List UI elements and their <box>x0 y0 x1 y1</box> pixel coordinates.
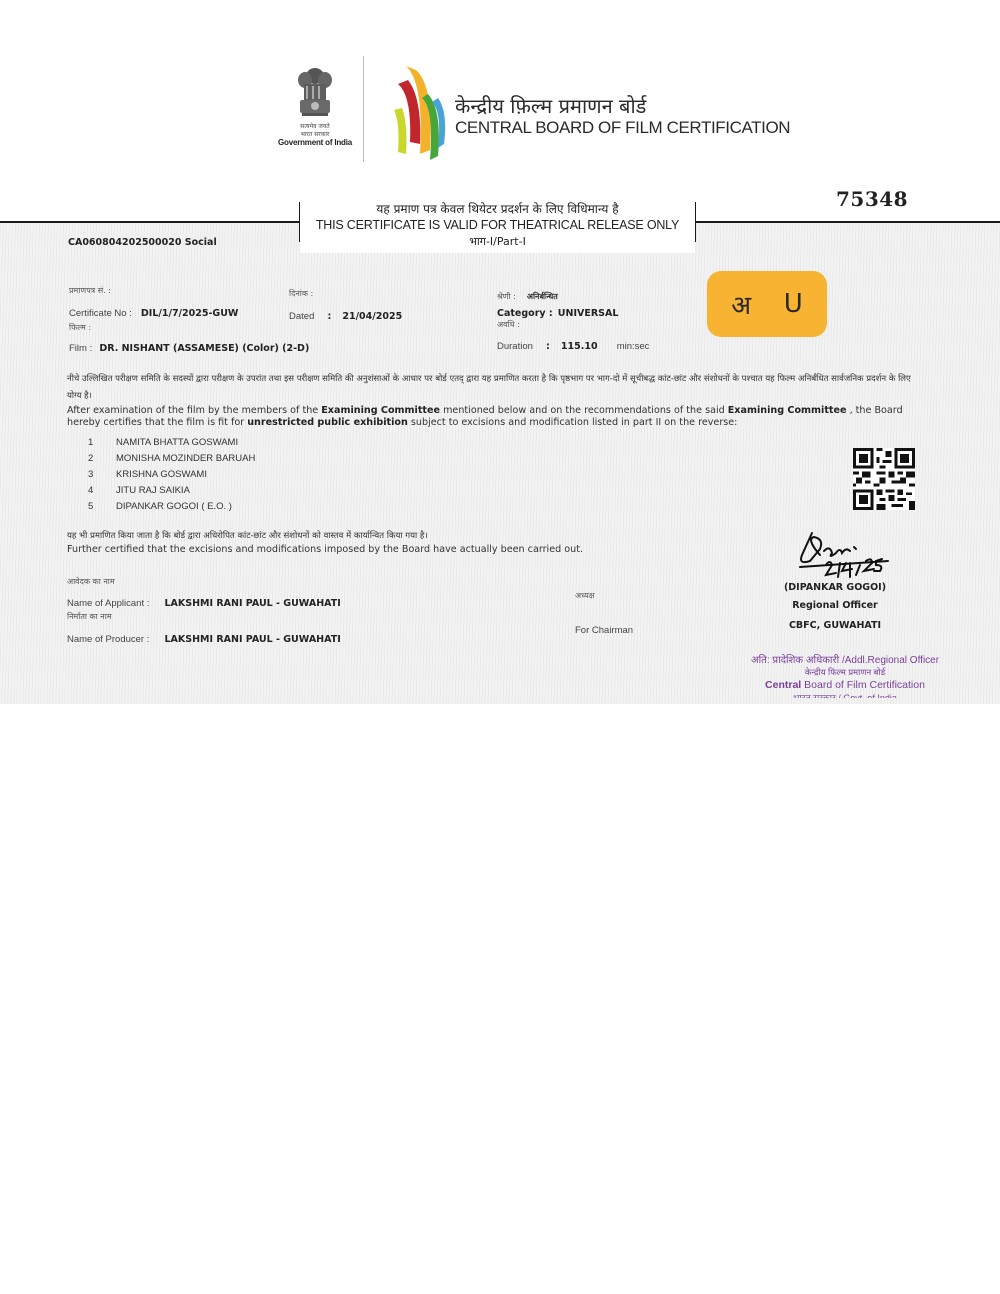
date-value: 21/04/2025 <box>342 311 402 322</box>
category-row: Category : UNIVERSAL <box>497 301 618 320</box>
stamp-line-2: केन्द्रीय फिल्म प्रमाणन बोर्ड <box>740 667 950 678</box>
government-of-india-label: Government of India <box>270 138 360 147</box>
member-number: 5 <box>88 501 116 517</box>
film-label: Film : <box>69 343 92 354</box>
validity-english: THIS CERTIFICATE IS VALID FOR THEATRICAL… <box>300 218 695 232</box>
emblem-hindi-label: भारत सरकार <box>270 130 360 138</box>
duration-row: Duration : 115.10 min:sec <box>497 334 649 353</box>
member-number: 3 <box>88 469 116 485</box>
rule-left <box>0 221 300 223</box>
member-number: 4 <box>88 485 116 501</box>
member-name: NAMITA BHATTA GOSWAMI <box>116 437 238 453</box>
part-label: भाग-I/Part-I <box>300 234 695 249</box>
category-hindi: अनिर्बन्धित <box>527 292 558 301</box>
certificate-number: DIL/1/7/2025-GUW <box>141 308 238 319</box>
category-value: UNIVERSAL <box>558 308 619 319</box>
certificate-number-row: Certificate No : DIL/1/7/2025-GUW <box>69 301 238 320</box>
stamp-line-3: Central Board of Film Certification <box>740 679 950 691</box>
emblem-motto: सत्यमेव जयते <box>270 122 360 130</box>
duration-label-hindi: अवधि : <box>497 319 520 330</box>
qr-code-icon <box>852 448 916 510</box>
member-name: DIPANKAR GOGOI ( E.O. ) <box>116 501 232 517</box>
producer-label: Name of Producer : <box>67 634 149 645</box>
applicant-label-hindi: आवेदक का नाम <box>67 576 115 587</box>
chairman-label-hindi: अध्यक्ष <box>575 590 595 601</box>
duration-value: 115.10 <box>561 341 598 352</box>
member-name: KRISHNA GOSWAMI <box>116 469 207 485</box>
reference-code: CA060804202500020 Social <box>68 237 217 248</box>
category-label: Category : <box>497 308 553 319</box>
list-item: 1NAMITA BHATTA GOSWAMI <box>88 437 255 453</box>
list-item: 5DIPANKAR GOGOI ( E.O. ) <box>88 501 255 517</box>
member-name: MONISHA MOZINDER BARUAH <box>116 453 255 469</box>
stamp-line-1: अति: प्रादेशिक अधिकारी /Addl.Regional Of… <box>740 652 950 666</box>
certification-text-hindi: नीचे उल्लिखित परीक्षण समिति के सदस्यों द… <box>67 371 917 405</box>
member-number: 2 <box>88 453 116 469</box>
film-label-hindi: फिल्म : <box>69 322 91 333</box>
cbfc-logo-icon <box>390 62 446 162</box>
date-label: Dated <box>289 311 314 322</box>
signatory-office: CBFC, GUWAHATI <box>775 620 895 631</box>
date-label-hindi: दिनांक : <box>289 288 313 299</box>
rule-right <box>695 221 1000 223</box>
header-divider <box>363 56 364 162</box>
para-text: After examination of the film by the mem… <box>67 405 321 416</box>
further-certified-english: Further certified that the excisions and… <box>67 544 583 555</box>
rating-english: U <box>784 289 803 319</box>
certification-text-english: After examination of the film by the mem… <box>67 405 917 429</box>
board-name-hindi: केन्द्रीय फ़िल्म प्रमाणन बोर्ड <box>455 92 646 119</box>
para-bold: Examining Committee <box>321 405 440 416</box>
validity-hindi: यह प्रमाण पत्र केवल थियेटर प्रदर्शन के ल… <box>300 200 695 217</box>
applicant-name: LAKSHMI RANI PAUL - GUWAHATI <box>164 598 340 609</box>
applicant-row: Name of Applicant : LAKSHMI RANI PAUL - … <box>67 591 341 610</box>
applicant-label: Name of Applicant : <box>67 598 149 609</box>
para-bold: Examining Committee <box>728 405 847 416</box>
para-text: subject to excisions and modification li… <box>408 417 738 428</box>
category-label-hindi: श्रेणी : <box>497 292 516 301</box>
board-name: CENTRAL BOARD OF FILM CERTIFICATION <box>455 118 790 138</box>
signature-icon <box>780 525 900 585</box>
rating-hindi: अ <box>731 286 751 322</box>
duration-label: Duration <box>497 341 533 352</box>
for-chairman-label: For Chairman <box>575 625 633 636</box>
serial-number: 75348 <box>836 187 908 211</box>
certificate-number-label: Certificate No : <box>69 308 132 319</box>
official-stamp: अति: प्रादेशिक अधिकारी /Addl.Regional Of… <box>740 652 950 698</box>
member-number: 1 <box>88 437 116 453</box>
list-item: 4JITU RAJ SAIKIA <box>88 485 255 501</box>
stamp-line-3-bold: Central <box>765 679 801 691</box>
validity-notice: यह प्रमाण पत्र केवल थियेटर प्रदर्शन के ल… <box>300 200 695 253</box>
signatory-title: Regional Officer <box>775 600 895 611</box>
para-text: mentioned below and on the recommendatio… <box>440 405 728 416</box>
producer-row: Name of Producer : LAKSHMI RANI PAUL - G… <box>67 627 341 646</box>
signatory-block: (DIPANKAR GOGOI) Regional Officer CBFC, … <box>775 582 895 631</box>
ashoka-emblem-icon <box>292 66 338 120</box>
date-colon: : <box>327 311 331 322</box>
film-title: DR. NISHANT (ASSAMESE) (Color) (2-D) <box>99 343 309 354</box>
film-row: Film : DR. NISHANT (ASSAMESE) (Color) (2… <box>69 336 309 355</box>
duration-unit: min:sec <box>617 341 650 352</box>
certificate-number-label-hindi: प्रमाणपत्र सं. : <box>69 285 111 296</box>
producer-label-hindi: निर्माता का नाम <box>67 611 112 622</box>
committee-members-list: 1NAMITA BHATTA GOSWAMI 2MONISHA MOZINDER… <box>88 437 255 517</box>
para-bold: unrestricted public exhibition <box>247 417 408 428</box>
rating-badge: अ U <box>707 271 827 337</box>
signatory-name: (DIPANKAR GOGOI) <box>775 582 895 593</box>
duration-colon: : <box>546 341 550 352</box>
member-name: JITU RAJ SAIKIA <box>116 485 190 501</box>
further-certified-hindi: यह भी प्रमाणित किया जाता है कि बोर्ड द्व… <box>67 530 428 541</box>
list-item: 2MONISHA MOZINDER BARUAH <box>88 453 255 469</box>
date-row: Dated : 21/04/2025 <box>289 304 402 323</box>
stamp-line-4: भारत सरकार / Govt. of India <box>740 691 950 698</box>
government-emblem: सत्यमेव जयते भारत सरकार Government of In… <box>270 66 360 147</box>
producer-name: LAKSHMI RANI PAUL - GUWAHATI <box>164 634 340 645</box>
stamp-line-3-rest: Board of Film Certification <box>801 679 925 691</box>
list-item: 3KRISHNA GOSWAMI <box>88 469 255 485</box>
